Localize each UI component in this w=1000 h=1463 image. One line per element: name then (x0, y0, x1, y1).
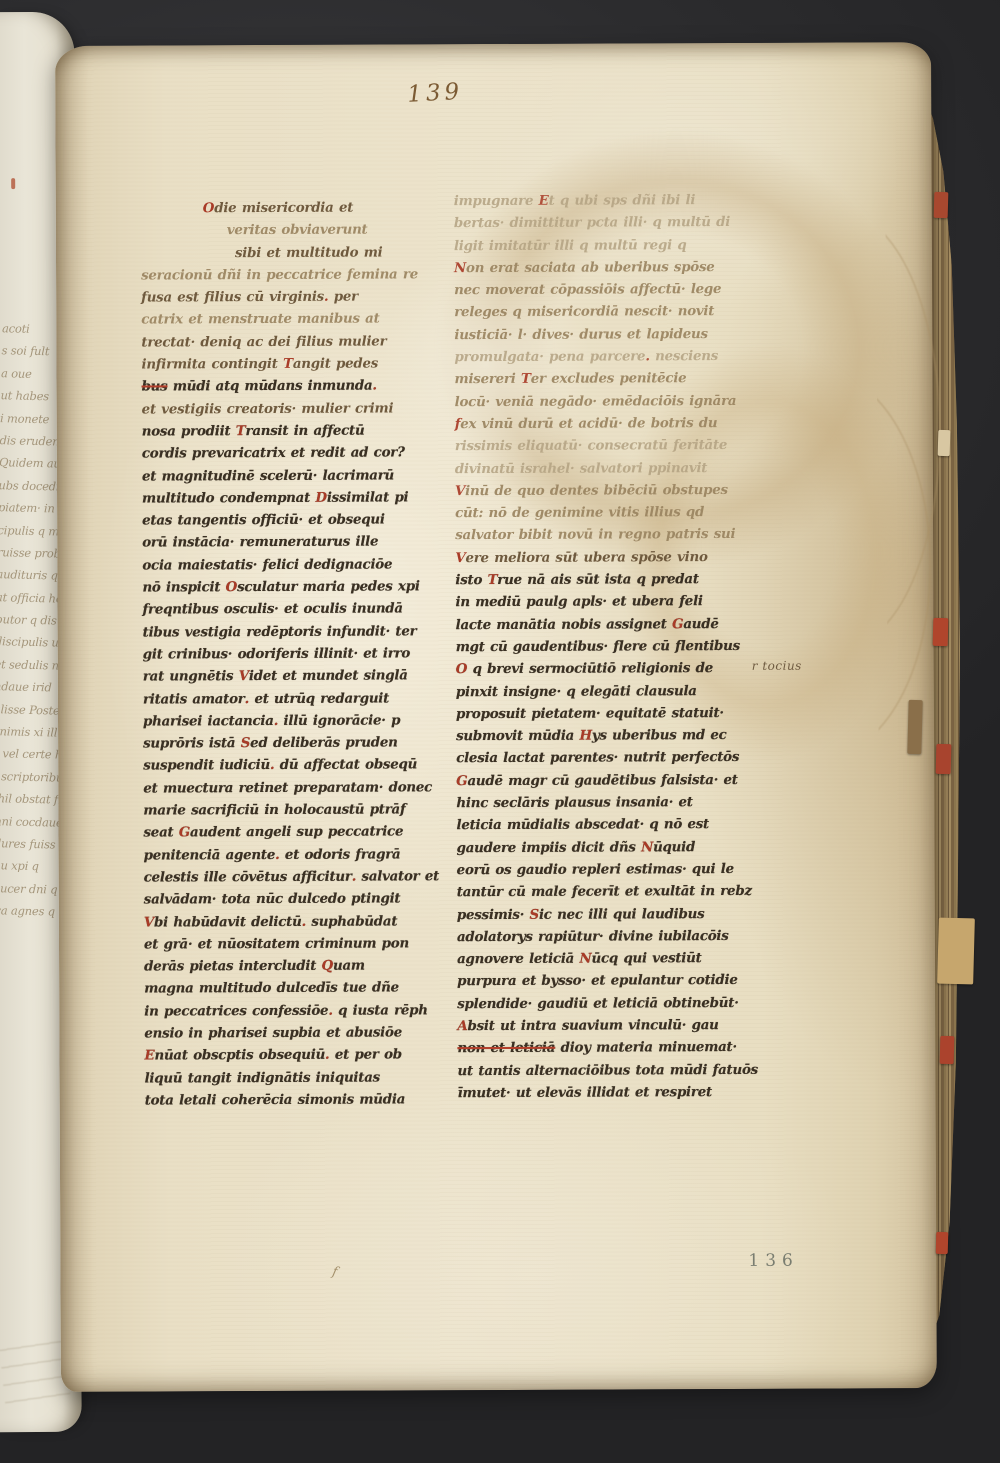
rubric: G (179, 825, 190, 841)
rubric: G (456, 773, 467, 789)
manuscript-line: cūt: nō de genimine vitis illius qd (455, 501, 775, 525)
manuscript-line: submovit mūdia Hys uberibus md ec (456, 724, 776, 748)
manuscript-line: rissimis eliquatū· consecratū feritāte (455, 434, 775, 458)
manuscript-line: fusa est filius cū virginis. per (141, 285, 457, 309)
fore-edge-tab (940, 1036, 955, 1064)
rubric: V (239, 668, 249, 684)
manuscript-line: impugnare Et q ubi sps dñi ibi li (454, 189, 774, 213)
manuscript-line: promulgata· pena parcere. nesciens (454, 345, 774, 369)
manuscript-line: pinxit insigne· q elegāti clausula (456, 679, 776, 703)
facing-page-fragment: sca agnes q (0, 899, 67, 923)
manuscript-line: Absit ut intra suavium vinculū· gau (457, 1014, 777, 1038)
rubric: O (226, 579, 237, 595)
manuscript-line: multitudo condempnat Dissimilat pi (142, 486, 458, 510)
manuscript-line: cordis prevaricatrix et redit ad cor? (142, 441, 458, 465)
manuscript-line: Enūat obscptis obsequiū. et per ob (144, 1043, 460, 1067)
manuscript-line: clesia lactat parentes· nutrit perfectōs (456, 746, 776, 770)
manuscript-line: leticia mūdialis abscedat· q nō est (456, 813, 776, 837)
rubric: Q (322, 958, 333, 974)
manuscript-line: trectat· deniq ac dei filius mulier (141, 330, 457, 354)
manuscript-line: Vinū de quo dentes bibēciū obstupes (455, 479, 775, 503)
manuscript-line: magna multitudo dulcedīs tue dñe (144, 977, 460, 1001)
manuscript-line: misereri Ter excludes penitēcie (454, 367, 774, 391)
fore-edge-tab (937, 918, 975, 985)
manuscript-line: celestis ille cōvētus afficitur. salvato… (144, 865, 460, 889)
manuscript-line: salvādam· tota nūc dulcedo ptingit (144, 887, 460, 911)
rubric: O (203, 200, 214, 216)
manuscript-line: purpura et bysso· et epulantur cotidie (457, 969, 777, 993)
manuscript-page: 139 Odie misericordia etveritas obviaver… (55, 42, 937, 1392)
manuscript-line: suspendit iudiciū. dū affectat obseqū (143, 754, 459, 778)
rubric: . (270, 757, 274, 773)
manuscript-photo: acotis soi fulta oueut habesi monetedis … (0, 0, 1000, 1463)
text-column-left: Odie misericordia etveritas obviaverunts… (141, 196, 461, 1112)
manuscript-line: tota letali coherēcia simonis mūdia (145, 1088, 461, 1112)
fore-edge-tab (938, 430, 951, 456)
manuscript-line: git crinibus· odoriferis illinit· et irr… (143, 642, 459, 666)
margin-note: r tocius (752, 659, 802, 673)
manuscript-line: Non erat saciata ab uberibus spōse (454, 256, 774, 280)
manuscript-line: liquū tangit indignātis iniquitas (145, 1066, 461, 1090)
manuscript-line: pharisei iactancia. illū ignorācie· p (143, 709, 459, 733)
rubric: N (641, 839, 653, 855)
manuscript-line: infirmita contingit Tangit pedes (141, 352, 457, 376)
red-strikethrough: bus (142, 379, 168, 395)
manuscript-line: releges q misericordiā nescit· novit (454, 300, 774, 324)
manuscript-line: nō inspicit Osculatur maria pedes xpi (142, 575, 458, 599)
fore-edge-tab (934, 192, 949, 218)
manuscript-line: bus mūdi atq mūdans inmunda. (142, 375, 458, 399)
manuscript-line: Vbi habūdavit delictū. suphabūdat (144, 910, 460, 934)
rubric: T (236, 423, 246, 439)
rubric: . (302, 913, 306, 929)
manuscript-line: sibi et multitudo mi (141, 241, 457, 265)
manuscript-line: in peccatrices confessiōe. q iusta rēph (144, 999, 460, 1023)
manuscript-line: ensio in pharisei supbia et abusiōe (144, 1021, 460, 1045)
manuscript-line: seat Gaudent angeli sup peccatrice (143, 820, 459, 844)
manuscript-line: penitenciā agente. et odoris fragrā (144, 843, 460, 867)
rubric: S (241, 735, 250, 751)
manuscript-line: fex vinū durū et acidū· de botris du (455, 412, 775, 436)
manuscript-line: eorū os gaudio repleri estimas· qui le (457, 858, 777, 882)
rubric: V (455, 483, 465, 499)
manuscript-line: Vere meliora sūt ubera spōse vino (455, 546, 775, 570)
manuscript-line: lacte manātia nobis assignet Gaudē (456, 612, 776, 636)
manuscript-line: mgt cū gaudentibus· flere cū flentibus (456, 635, 776, 659)
rubric: N (454, 260, 466, 276)
manuscript-line: divinatū israhel· salvatori ppinavit (455, 456, 775, 480)
manuscript-line: etas tangentis officiū· et obsequi (142, 508, 458, 532)
manuscript-line: agnovere leticiā Nūcq qui vestiūt (457, 947, 777, 971)
manuscript-line: hinc seclāris plausus insania· et (456, 791, 776, 815)
facing-page-fragment: mucer dni q (0, 877, 68, 901)
manuscript-line: tibus vestigia redēptoris infundit· ter (143, 620, 459, 644)
manuscript-line: isto True nā ais sūt ista q predat (455, 568, 775, 592)
rubric: D (315, 490, 326, 506)
rubric: A (457, 1018, 467, 1034)
rubric: H (579, 728, 591, 744)
manuscript-line: splendide· gaudiū et leticiā obtinebūt· (457, 991, 777, 1015)
rubric: . (352, 869, 356, 885)
rubric: O (456, 661, 467, 677)
manuscript-line: proposuit pietatem· equitatē statuit· (456, 702, 776, 726)
manuscript-line: nec moverat cōpassiōis affectū· lege (454, 278, 774, 302)
manuscript-line: salvator bibit novū in regno patris sui (455, 523, 775, 547)
manuscript-line: et vestigiis creatoris· mulier crimi (142, 397, 458, 421)
red-mark (11, 178, 15, 189)
manuscript-line: freqntibus osculis· et oculis inundā (142, 598, 458, 622)
rubric: T (488, 572, 498, 588)
manuscript-line: non et leticiā dioy materia minuemat· (457, 1036, 777, 1060)
manuscript-line: Gaudē magr cū gaudētibus falsista· et (456, 768, 776, 792)
manuscript-line: veritas obviaverunt (141, 218, 457, 242)
manuscript-line: gaudere impiis dicit dñs Nūquid (457, 835, 777, 859)
manuscript-line: rat ungnētis Videt et mundet singlā (143, 664, 459, 688)
rubric: . (245, 691, 249, 707)
fore-edge-tab (936, 1232, 949, 1254)
manuscript-line: īmutet· ut elevās illidat et respiret (458, 1081, 778, 1105)
rubric: N (579, 951, 591, 967)
manuscript-line: Odie misericordia et (141, 196, 457, 220)
manuscript-line: locū· veniā negādo· emēdaciōis ignāra (455, 389, 775, 413)
fore-edge-tab (907, 700, 922, 754)
manuscript-line: marie sacrificiū in holocaustū ptrāf (143, 798, 459, 822)
rubric: G (672, 616, 683, 632)
manuscript-line: adolatorys rapiūtur· divine iubilacōis (457, 925, 777, 949)
manuscript-line: O q brevi sermociūtiō religionis de (456, 657, 776, 681)
manuscript-line: derās pietas intercludit Quam (144, 954, 460, 978)
manuscript-line: et magnitudinē scelerū· lacrimarū (142, 464, 458, 488)
manuscript-line: catrix et menstruate manibus at (141, 308, 457, 332)
manuscript-line: seracionū dñi in peccatrice femina re (141, 263, 457, 287)
rubric: . (325, 1047, 329, 1063)
rubric: T (521, 371, 531, 387)
rubric: V (455, 550, 465, 566)
manuscript-line: tantūr cū male fecerīt et exultāt in reb… (457, 880, 777, 904)
manuscript-line: ocia maiestatis· felici dedignaciōe (142, 553, 458, 577)
fore-edge-tab (936, 744, 952, 774)
rubric: E (144, 1048, 154, 1064)
rubric: . (274, 713, 278, 729)
rubric: f (455, 416, 461, 432)
manuscript-line: bertas· dimittitur pcta illi· q multū di (454, 211, 774, 235)
manuscript-line: et grā· et nūositatem criminum pon (144, 932, 460, 956)
folio-number-handwritten: 139 (407, 79, 464, 108)
manuscript-line: ritatis amator. et utrūq redarguit (143, 687, 459, 711)
rubric: E (539, 193, 549, 209)
text-column-right: impugnare Et q ubi sps dñi ibi libertas·… (454, 189, 778, 1105)
rubric: . (645, 348, 649, 364)
manuscript-line: et muectura retinet preparatam· donec (143, 776, 459, 800)
rubric: T (283, 356, 293, 372)
stray-mark: f (331, 1264, 339, 1280)
manuscript-line: orū instācia· remuneraturus ille (142, 531, 458, 555)
rubric: S (529, 906, 538, 922)
manuscript-line: in mediū paulg apls· et ubera feli (455, 590, 775, 614)
stamp-page-number: 136 (748, 1251, 799, 1271)
rubric: . (328, 1002, 332, 1018)
manuscript-line: nosa prodiit Transit in affectū (142, 419, 458, 443)
red-strikethrough: non et leticiā (457, 1040, 555, 1056)
manuscript-line: pessimis· Sic nec illi qui laudibus (457, 902, 777, 926)
rubric: V (144, 914, 154, 930)
manuscript-line: ut tantis alternaciōibus tota mūdi fatuō… (457, 1058, 777, 1082)
manuscript-line: iusticiā· l· dives· durus et lapideus (454, 323, 774, 347)
manuscript-line: ligit imitatūr illi q multū regi q (454, 233, 774, 257)
manuscript-line: suprōris istā Sed deliberās pruden (143, 731, 459, 755)
rubric: . (275, 847, 279, 863)
rubric: . (324, 289, 328, 305)
rubric: . (372, 378, 376, 394)
fore-edge-tab (933, 618, 949, 646)
